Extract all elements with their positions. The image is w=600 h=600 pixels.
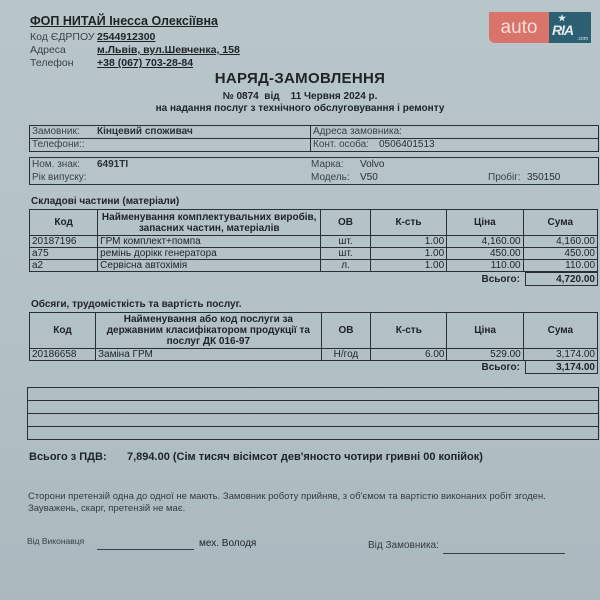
col-unit: ОВ	[321, 210, 371, 236]
empty-row	[27, 414, 599, 427]
year-label: Рік випуску:	[32, 172, 87, 183]
table-row: а75 ремінь дорікк генератора шт. 1.00 45…	[30, 248, 598, 260]
contact-cell: Конт. особа: 0506401513	[310, 138, 599, 152]
contact-label: Конт. особа:	[313, 139, 369, 150]
logo-auto: auto	[489, 12, 549, 43]
customer-value: Кінцевий споживач	[97, 126, 193, 137]
services-table-header: Код Найменування або код послуги за держ…	[30, 313, 598, 349]
col-qty: К-сть	[371, 313, 447, 349]
row-code: а75	[30, 248, 98, 260]
parts-total-label: Всього:	[430, 274, 520, 285]
empty-row	[27, 387, 599, 401]
services-total-value: 3,174.00	[525, 360, 598, 374]
mileage-label: Пробіг:	[488, 172, 521, 183]
row-price: 529.00	[447, 349, 523, 361]
vehicle-box: Ном. знак: 6491TI Рік випуску: Марка: Vo…	[29, 157, 599, 185]
col-sum: Сума	[523, 313, 597, 349]
row-sum: 110.00	[523, 260, 597, 272]
grand-total-label: Всього з ПДВ:	[29, 451, 107, 463]
row-name: Заміна ГРМ	[95, 349, 321, 361]
empty-row	[27, 427, 599, 440]
edrpou-value: 2544912300	[97, 31, 155, 43]
autoria-logo[interactable]: auto ★ RIA .com	[489, 12, 591, 43]
col-code: Код	[30, 210, 98, 236]
row-qty: 1.00	[370, 260, 446, 272]
col-code: Код	[30, 313, 96, 349]
company-name: ФОП НИТАЙ Інесса Олексіївна	[30, 14, 218, 28]
mileage-value: 350150	[527, 172, 560, 183]
row-name: Сервісна автохімія	[98, 260, 321, 272]
row-code: а2	[30, 260, 98, 272]
services-section-title: Обсяги, трудомісткість та вартість послу…	[31, 299, 242, 310]
row-sum: 4,160.00	[523, 236, 597, 248]
row-unit: шт.	[321, 236, 371, 248]
plate-label: Ном. знак:	[32, 159, 80, 170]
col-price: Ціна	[447, 313, 523, 349]
row-qty: 1.00	[370, 236, 446, 248]
model-label: Модель:	[311, 172, 350, 183]
col-name: Найменування комплектувальних виробів, з…	[98, 210, 321, 236]
row-unit: л.	[321, 260, 371, 272]
row-unit: шт.	[321, 248, 371, 260]
document-purpose: на надання послуг з технічного обслугову…	[0, 103, 600, 114]
statement-line-1: Сторони претензій одна до одної не мають…	[28, 491, 546, 502]
row-price: 4,160.00	[447, 236, 523, 248]
parts-section-title: Складові частини (матеріали)	[31, 196, 179, 207]
edrpou-label: Код ЄДРПОУ	[30, 31, 95, 43]
table-row: 20187196 ГРМ комплект+помпа шт. 1.00 4,1…	[30, 236, 598, 248]
row-price: 450.00	[447, 248, 523, 260]
table-row: 20186658 Заміна ГРМ Н/год 6.00 529.00 3,…	[30, 349, 598, 361]
customer-cell: Замовник: Кінцевий споживач	[29, 125, 311, 139]
col-sum: Сума	[523, 210, 597, 236]
brand-value: Volvo	[360, 159, 384, 170]
col-unit: ОВ	[321, 313, 370, 349]
grand-total-value: 7,894.00 (Сім тисяч вісімсот дев'яносто …	[127, 451, 483, 463]
executor-label: Від Виконавця	[27, 536, 84, 546]
col-qty: К-сть	[370, 210, 446, 236]
row-qty: 6.00	[371, 349, 447, 361]
col-price: Ціна	[447, 210, 523, 236]
brand-label: Марка:	[311, 159, 344, 170]
parts-table-header: Код Найменування комплектувальних виробі…	[30, 210, 598, 236]
model-value: V50	[360, 172, 378, 183]
document-title: НАРЯД-ЗАМОВЛЕННЯ	[0, 70, 600, 87]
logo-ria: ★ RIA .com	[549, 12, 591, 43]
row-price: 110.00	[447, 260, 523, 272]
phones-label: Телефони::	[32, 139, 85, 150]
row-code: 20186658	[30, 349, 96, 361]
row-qty: 1.00	[370, 248, 446, 260]
address-label: Адреса	[30, 44, 66, 56]
phone-label: Телефон	[30, 57, 74, 69]
address-value: м.Львів, вул.Шевченка, 158	[97, 44, 240, 56]
row-code: 20187196	[30, 236, 98, 248]
row-name: ГРМ комплект+помпа	[98, 236, 321, 248]
customer-address-cell: Адреса замовника:	[310, 125, 599, 139]
parts-total-value: 4,720.00	[525, 272, 598, 286]
empty-rows-block	[27, 387, 599, 440]
services-table: Код Найменування або код послуги за держ…	[29, 312, 598, 361]
document-number-date: № 0874 від 11 Червня 2024 р.	[0, 91, 600, 102]
parts-table: Код Найменування комплектувальних виробі…	[29, 209, 598, 272]
customer-signature-line[interactable]	[443, 552, 565, 554]
executor-name: мех. Володя	[199, 538, 256, 549]
row-sum: 3,174.00	[523, 349, 597, 361]
col-name: Найменування або код послуги за державни…	[95, 313, 321, 349]
empty-row	[27, 401, 599, 414]
services-total-label: Всього:	[430, 362, 520, 373]
plate-value: 6491TI	[97, 159, 128, 170]
customer-label: Замовник:	[32, 126, 80, 137]
customer-sign-label: Від Замовника:	[368, 540, 439, 551]
statement-line-2: Зауважень, скарг, претензій не має.	[28, 503, 185, 514]
customer-address-label: Адреса замовника:	[313, 126, 402, 137]
row-name: ремінь дорікк генератора	[98, 248, 321, 260]
contact-value: 0506401513	[379, 139, 435, 150]
phone-value: +38 (067) 703-28-84	[97, 57, 193, 69]
row-unit: Н/год	[321, 349, 370, 361]
phones-cell: Телефони::	[29, 138, 311, 152]
row-sum: 450.00	[523, 248, 597, 260]
table-row: а2 Сервісна автохімія л. 1.00 110.00 110…	[30, 260, 598, 272]
executor-signature-line[interactable]	[97, 548, 194, 550]
